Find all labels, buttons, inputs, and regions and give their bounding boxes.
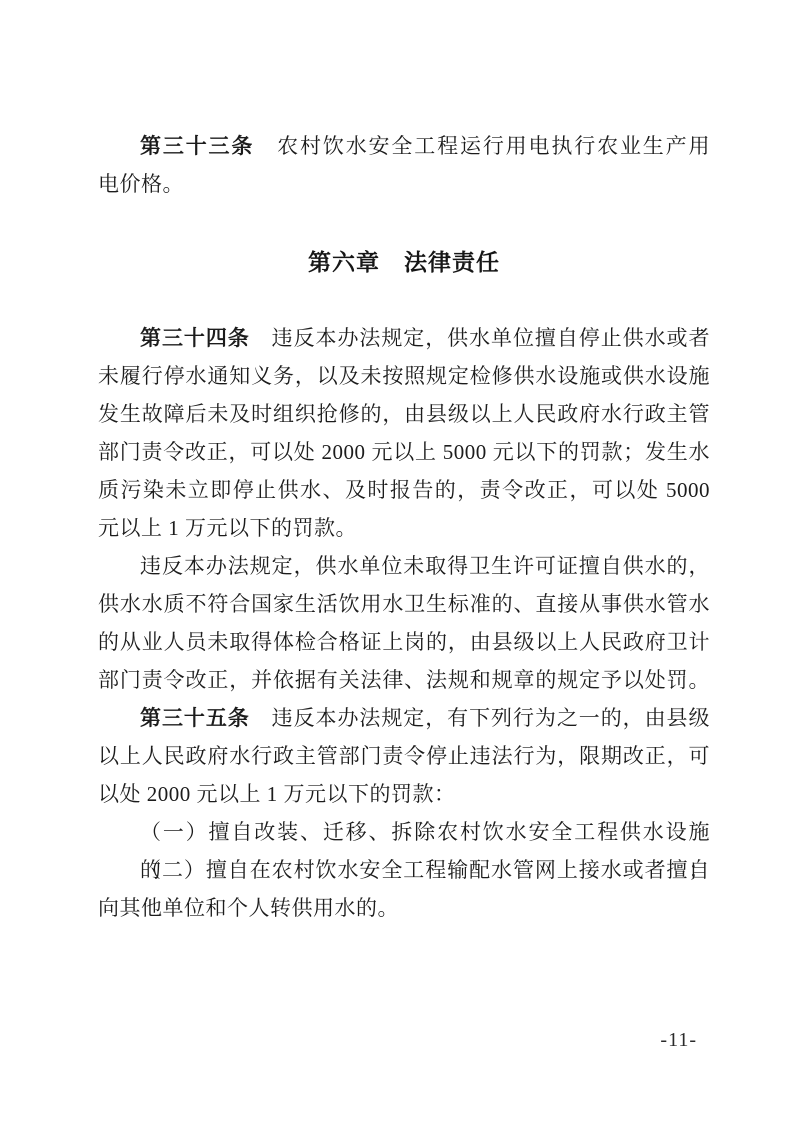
- article-33-line-1: 第三十三条 农村饮水安全工程运行用电执行农业生产用: [98, 127, 710, 165]
- article-35: 第三十五条 违反本办法规定，有下列行为之一的，由县级 以上人民政府水行政主管部门…: [98, 699, 710, 927]
- article-34-p2-line-2: 供水水质不符合国家生活饮用水卫生标准的、直接从事供水管水: [98, 585, 710, 623]
- article-34-line-5: 质污染未立即停止供水、及时报告的，责令改正，可以处 5000: [98, 471, 710, 509]
- article-34-line-6: 元以上 1 万元以下的罚款。: [98, 509, 710, 547]
- article-35-line-1-text: 违反本办法规定，有下列行为之一的，由县级: [250, 706, 710, 730]
- article-33-line-1-text: 农村饮水安全工程运行用电执行农业生产用: [254, 134, 710, 158]
- document-text-block: 第三十三条 农村饮水安全工程运行用电执行农业生产用 电价格。 第六章 法律责任 …: [98, 127, 710, 927]
- chapter-6-heading: 第六章 法律责任: [98, 243, 710, 281]
- page-number: -11-: [660, 1021, 697, 1059]
- document-page: 第三十三条 农村饮水安全工程运行用电执行农业生产用 电价格。 第六章 法律责任 …: [0, 0, 793, 1122]
- article-34-line-4: 部门责令改正，可以处 2000 元以上 5000 元以下的罚款；发生水: [98, 433, 710, 471]
- article-35-line-2: 以上人民政府水行政主管部门责令停止违法行为，限期改正，可: [98, 737, 710, 775]
- article-35-label: 第三十五条: [140, 706, 250, 730]
- article-35-item-2-line-2: 向其他单位和个人转供用水的。: [98, 889, 710, 927]
- article-34-line-3: 发生故障后未及时组织抢修的，由县级以上人民政府水行政主管: [98, 395, 710, 433]
- article-34-p2-line-3: 的从业人员未取得体检合格证上岗的，由县级以上人民政府卫计: [98, 623, 710, 661]
- article-35-item-2-line-1: （二）擅自在农村饮水安全工程输配水管网上接水或者擅自: [98, 851, 710, 889]
- article-34-paragraph-2: 违反本办法规定，供水单位未取得卫生许可证擅自供水的， 供水水质不符合国家生活饮用…: [98, 547, 710, 699]
- article-33: 第三十三条 农村饮水安全工程运行用电执行农业生产用 电价格。: [98, 127, 710, 203]
- article-33-line-2: 电价格。: [98, 165, 710, 203]
- article-35-item-1: （一）擅自改装、迁移、拆除农村饮水安全工程供水设施的；: [98, 813, 710, 851]
- article-35-line-3: 以处 2000 元以上 1 万元以下的罚款：: [98, 775, 710, 813]
- article-34-line-1-text: 违反本办法规定，供水单位擅自停止供水或者: [250, 326, 710, 350]
- article-34-p2-line-4: 部门责令改正，并依据有关法律、法规和规章的规定予以处罚。: [98, 661, 710, 699]
- article-35-line-1: 第三十五条 违反本办法规定，有下列行为之一的，由县级: [98, 699, 710, 737]
- article-34-line-2: 未履行停水通知义务，以及未按照规定检修供水设施或供水设施: [98, 357, 710, 395]
- article-34-label: 第三十四条: [140, 326, 250, 350]
- article-33-label: 第三十三条: [140, 134, 254, 158]
- article-34: 第三十四条 违反本办法规定，供水单位擅自停止供水或者 未履行停水通知义务，以及未…: [98, 319, 710, 547]
- article-34-line-1: 第三十四条 违反本办法规定，供水单位擅自停止供水或者: [98, 319, 710, 357]
- article-34-p2-line-1: 违反本办法规定，供水单位未取得卫生许可证擅自供水的，: [98, 547, 710, 585]
